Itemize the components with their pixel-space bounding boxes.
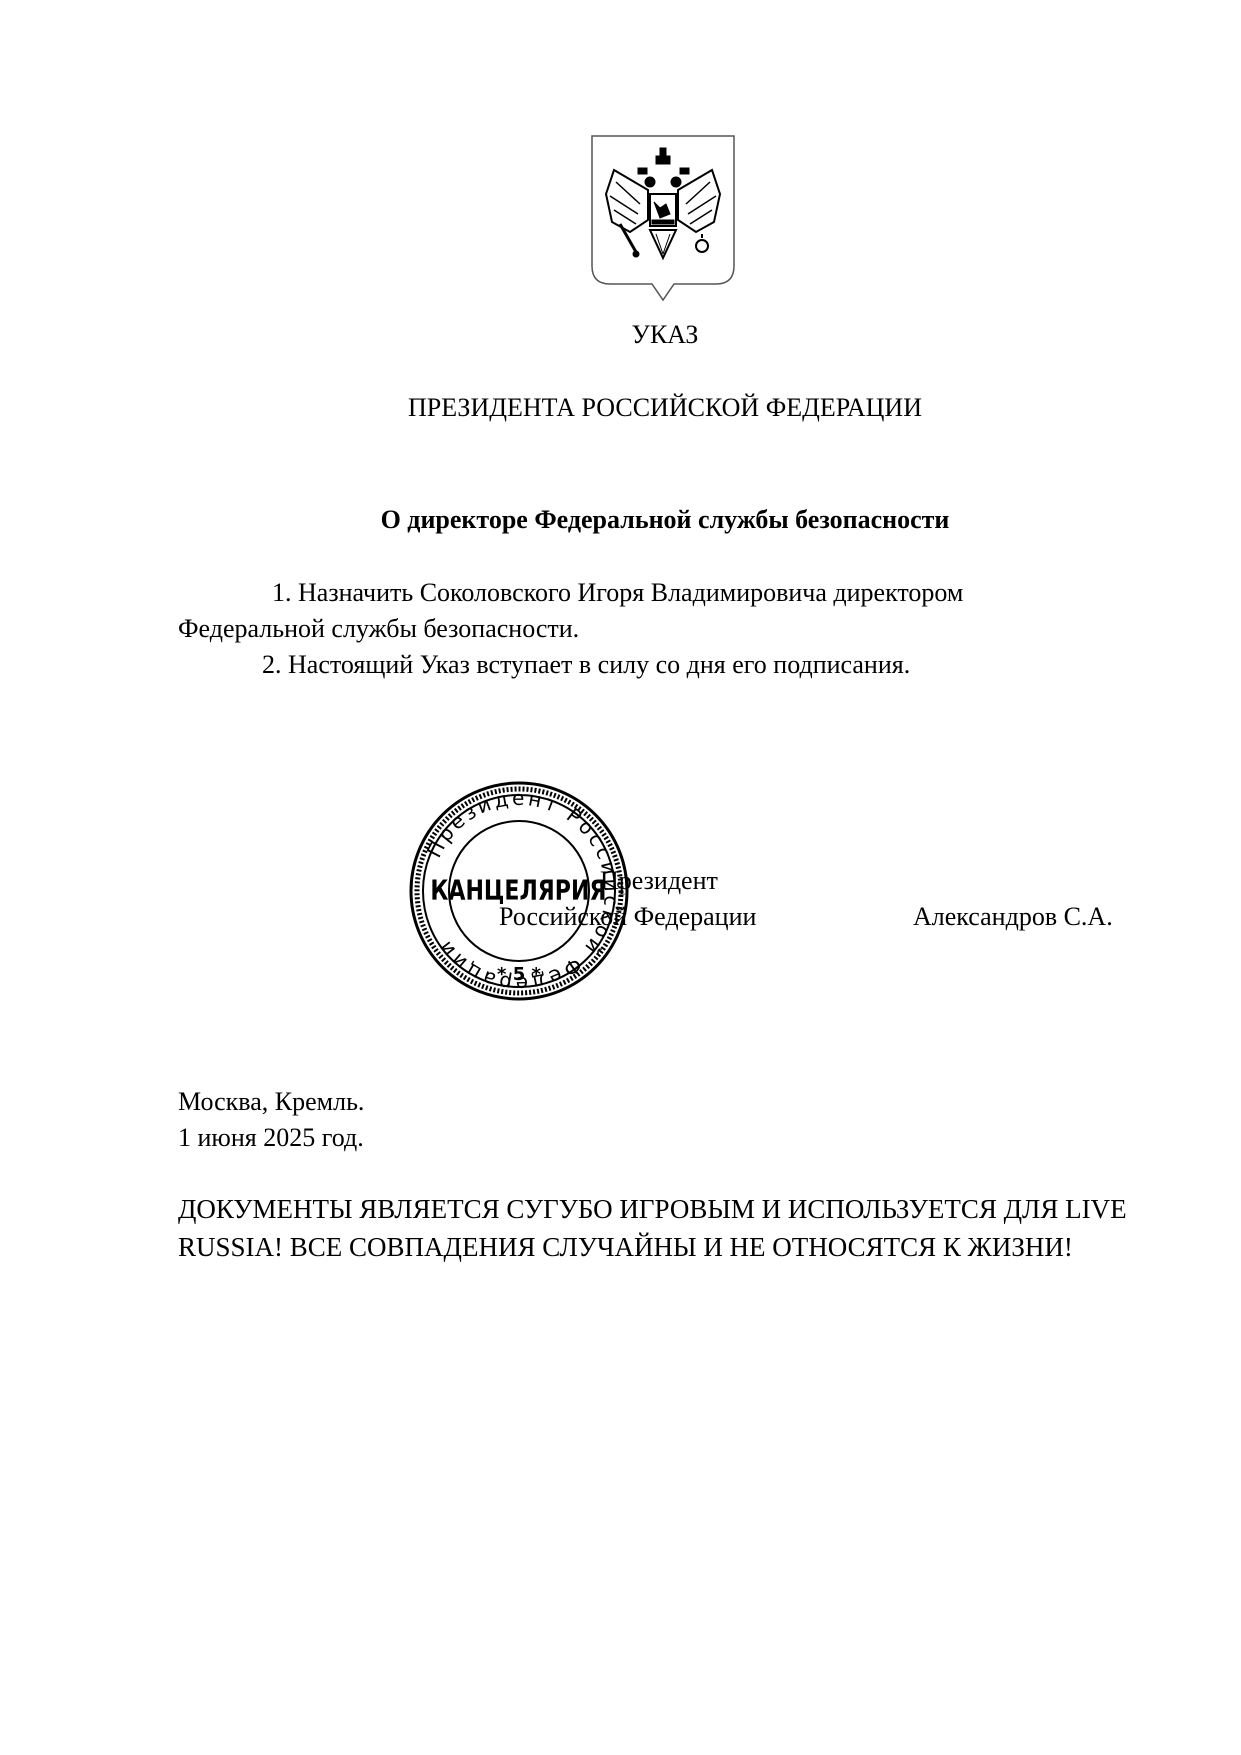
paragraph-1-line-2: Федеральной службы безопасности. [178,611,579,647]
stamp-bottom-text: * 5 * [497,964,541,985]
issuer-title: ПРЕЗИДЕНТА РОССИЙСКОЙ ФЕДЕРАЦИИ [0,393,1241,423]
document-type-title: УКАЗ [0,320,1241,350]
stamp-center-text: КАНЦЕЛЯРИЯ [430,874,606,906]
signatory-name: Александров С.А. [913,902,1113,932]
signing-date: 1 июня 2025 год. [178,1120,364,1156]
paragraph-2: 2. Настоящий Указ вступает в силу со дня… [262,647,910,683]
decree-subject: О директоре Федеральной службы безопасно… [0,505,1241,535]
coat-of-arms-icon [590,134,736,302]
paragraph-1-line-1: 1. Назначить Соколовского Игоря Владимир… [272,575,963,611]
signing-place: Москва, Кремль. [178,1084,364,1120]
disclaimer-text: ДОКУМЕНТЫ ЯВЛЯЕТСЯ СУГУБО ИГРОВЫМ И ИСПО… [178,1190,1158,1266]
office-stamp: Президент Российской Федерации * 5 * КАН… [408,780,630,1002]
